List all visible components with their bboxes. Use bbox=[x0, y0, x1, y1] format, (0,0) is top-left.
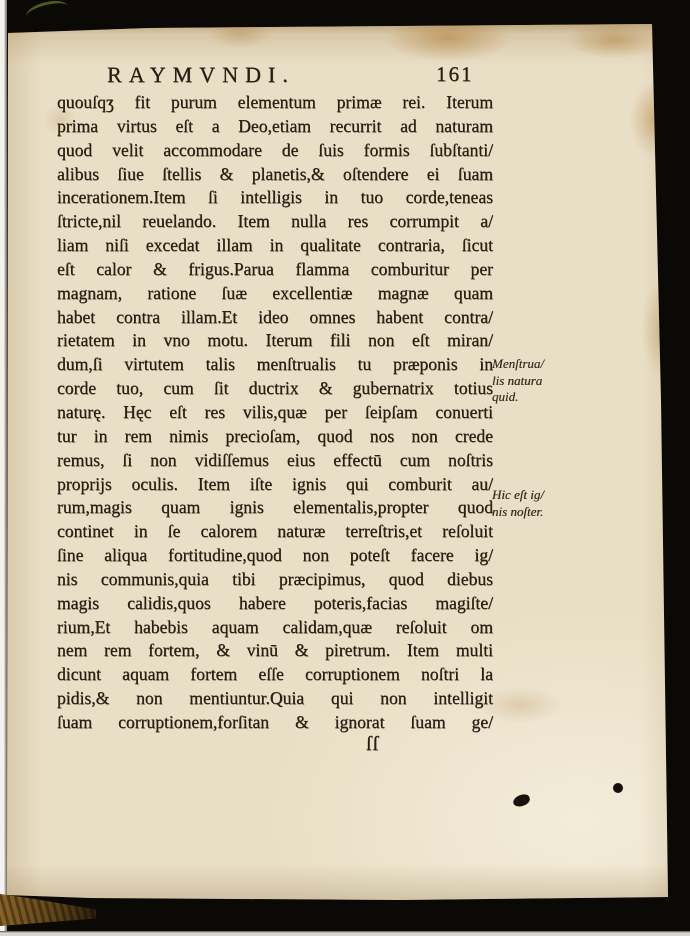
body-line-9: magnam, ratione ſuæ excellentiæ magnæ qu… bbox=[57, 282, 493, 306]
body-line-8: eſt calor & frigus.Parua flamma comburit… bbox=[57, 258, 493, 282]
body-line-24: nem rem fortem, & vinū & piretrum. Item … bbox=[57, 639, 493, 663]
scanner-edge-left bbox=[0, 0, 7, 936]
running-header: RAYMVNDI. bbox=[107, 62, 295, 88]
body-line-12: dum,ſi virtutem talis menſtrualis tu præ… bbox=[57, 353, 493, 377]
body-line-7: liam niſi excedat illam in qualitate con… bbox=[57, 234, 493, 258]
body-line-13: corde tuo, cum ſit ductrix & gubernatrix… bbox=[57, 377, 493, 401]
body-line-4: alibus ſiue ſtellis & planetis,& oſtende… bbox=[57, 163, 493, 187]
body-line-19: continet in ſe calorem naturæ terreſtris… bbox=[57, 520, 493, 544]
body-line-5: incerationem.Item ſi intelligis in tuo c… bbox=[57, 186, 493, 210]
page-number: 161 bbox=[436, 62, 474, 87]
book-page: RAYMVNDI. 161 quouſqʒ fit purum elementu… bbox=[0, 0, 690, 936]
body-line-14: naturę. Hęc eſt res vilis,quæ per ſeipſa… bbox=[57, 401, 493, 425]
body-line-27: ſuam corruptionem,forſitan & ignorat ſua… bbox=[57, 711, 493, 735]
body-line-1: quouſqʒ fit purum elementum primæ rei. I… bbox=[57, 91, 493, 115]
margin-note-line: quid. bbox=[492, 389, 576, 406]
body-line-16: remus, ſi non vidiſſemus eius effectū cu… bbox=[57, 449, 493, 473]
bookmark-thread bbox=[24, 0, 69, 25]
signature-mark: ſſ bbox=[366, 733, 379, 756]
body-line-2: prima virtus eſt a Deo,etiam recurrit ad… bbox=[57, 115, 493, 139]
margin-note-line: Menſtrua/ bbox=[492, 356, 576, 373]
margin-note-menstrualis: Menſtrua/ lis natura quid. bbox=[492, 356, 576, 406]
body-line-26: pidis,& non mentiuntur.Quia qui non inte… bbox=[57, 687, 493, 711]
body-line-15: tur in rem nimis precioſam, quod nos non… bbox=[57, 425, 493, 449]
body-line-3: quod velit accommodare de ſuis formis ſu… bbox=[57, 139, 493, 163]
body-line-20: ſine aliqua fortitudine,quod non poteſt … bbox=[57, 544, 493, 568]
body-text: quouſqʒ fit purum elementum primæ rei. I… bbox=[57, 91, 493, 735]
margin-note-line: nis noſter. bbox=[492, 504, 576, 521]
body-line-11: rietatem in vno motu. Iterum fili non eſ… bbox=[57, 329, 493, 353]
margin-note-line: Hic eſt ig/ bbox=[492, 487, 576, 504]
ink-blob bbox=[512, 793, 532, 809]
book-scan: RAYMVNDI. 161 quouſqʒ fit purum elementu… bbox=[0, 0, 690, 936]
body-line-21: nis communis,quia tibi præcipimus, quod … bbox=[57, 568, 493, 592]
ink-dot bbox=[613, 783, 623, 793]
body-line-17: proprijs oculis. Item iſte ignis qui com… bbox=[57, 473, 493, 497]
margin-note-hic-est-ignis: Hic eſt ig/ nis noſter. bbox=[492, 487, 576, 520]
margin-note-line: lis natura bbox=[492, 373, 576, 390]
body-line-23: rium,Et habebis aquam calidam,quæ reſolu… bbox=[57, 616, 493, 640]
body-line-6: ſtricte,nil reuelando. Item nulla res co… bbox=[57, 210, 493, 234]
body-line-25: dicunt aquam fortem eſſe corruptionem no… bbox=[57, 663, 493, 687]
body-line-18: rum,magis quam ignis elementalis,propter… bbox=[57, 496, 493, 520]
scanner-edge-bottom bbox=[0, 931, 690, 936]
body-line-22: magis calidis,quos habere poteris,facias… bbox=[57, 592, 493, 616]
body-line-10: habet contra illam.Et ideo omnes habent … bbox=[57, 306, 493, 330]
